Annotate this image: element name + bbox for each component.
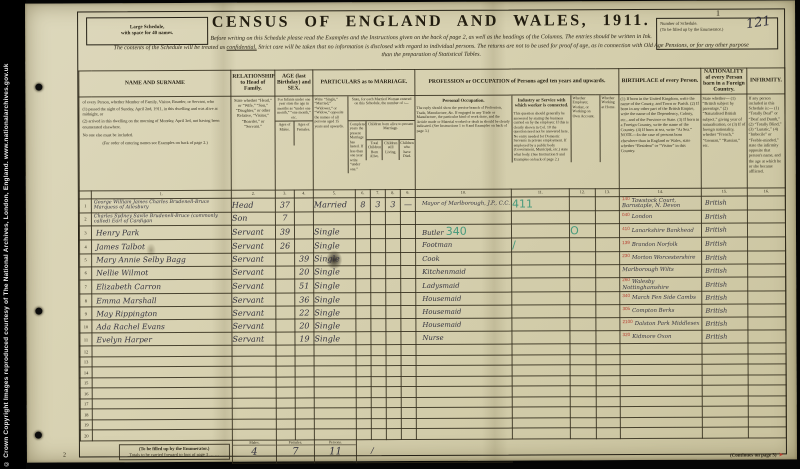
- cell-children-born: [371, 266, 386, 279]
- cell-children-died: [401, 418, 416, 429]
- green-annotation: O: [570, 224, 579, 237]
- cell-marriage: [314, 355, 356, 366]
- cell-industry: [512, 305, 570, 318]
- row-number: 1: [79, 198, 91, 212]
- cell-employer-worker: [569, 196, 595, 210]
- cell-age-female: 19: [295, 332, 314, 345]
- continues-note: (Continues on page 3)➤: [512, 438, 786, 462]
- cell-marriage: Married: [313, 197, 355, 212]
- cell-children-living: [386, 306, 401, 319]
- cell-relationship: [232, 398, 276, 409]
- cell-children-living: [386, 397, 401, 408]
- row-number: 16: [80, 388, 92, 399]
- cell-at-home: [596, 223, 620, 237]
- row-number: 2: [79, 213, 91, 226]
- cell-industry: 411: [511, 196, 569, 211]
- cell-years-married: [356, 387, 371, 398]
- cell-employer-worker: [570, 428, 596, 439]
- cell-occupation: Ladysmaid: [416, 278, 512, 293]
- cell-birthplace: [620, 406, 702, 417]
- column-number: 16.: [747, 187, 785, 195]
- cell-occupation: Housemaid: [416, 318, 512, 331]
- census-table: NAME AND SURNAME RELATIONSHIP to Head of…: [78, 67, 787, 464]
- red-code-annotation: 320: [623, 332, 631, 337]
- cell-birthplace: 2100Dalston Park Middlesex: [620, 317, 702, 330]
- cell-name: Evelyn Harper: [92, 333, 232, 347]
- cell-children-living: [386, 376, 401, 387]
- red-code-annotation: 2100: [622, 319, 632, 324]
- cell-relationship: [232, 377, 276, 388]
- enumerator-tick: ∕: [356, 439, 512, 463]
- cell-age-female: [295, 429, 314, 440]
- cell-industry: [512, 344, 570, 355]
- relationship-column-notes: State whether “Head,” or “Wife,” “Son,” …: [231, 96, 275, 190]
- cell-occupation: [416, 344, 512, 355]
- cell-children-born: [371, 376, 386, 387]
- header-row: NAME AND SURNAME RELATIONSHIP to Head of…: [79, 68, 785, 97]
- cell-relationship: Servant: [232, 306, 276, 319]
- cell-at-home: [596, 305, 620, 318]
- cell-occupation: [416, 376, 512, 387]
- col-header-nationality: NATIONALITY of every Person born in a Fo…: [701, 68, 747, 94]
- cell-nationality: British: [702, 330, 748, 343]
- cell-birthplace: Marlborough Wilts: [620, 264, 702, 277]
- cell-children-died: [401, 319, 416, 332]
- cell-children-born: [370, 212, 385, 225]
- cell-marriage: Single: [314, 293, 356, 306]
- cell-children-died: [400, 211, 415, 224]
- cell-age-female: [295, 366, 314, 377]
- column-number: 4.: [294, 189, 313, 197]
- cell-name: Nellie Wilmot: [92, 266, 232, 280]
- cell-relationship: Servant: [232, 279, 276, 294]
- birthplace-column-notes: (1) If born in the United Kingdom, write…: [619, 94, 701, 188]
- cell-occupation: Housemaid: [416, 292, 512, 305]
- cell-marriage: Single: [314, 225, 356, 239]
- cell-children-born: [371, 239, 386, 253]
- col-header-marriage: PARTICULARS as to MARRIAGE.: [313, 69, 415, 95]
- cell-age-female: 22: [295, 306, 314, 319]
- cell-children-died: [401, 306, 416, 319]
- cell-children-living: [386, 278, 401, 292]
- cell-industry: [512, 278, 570, 293]
- page-fold-mark: 2: [63, 453, 66, 459]
- cell-children-born: 3: [370, 197, 385, 211]
- cell-industry: [512, 292, 570, 305]
- cell-years-married: [356, 345, 371, 356]
- cell-nationality: [702, 364, 748, 375]
- cell-children-living: 3: [385, 197, 400, 211]
- nationality-column-notes: State whether— (1) “British subject by p…: [701, 94, 747, 188]
- cell-employer-worker: [570, 318, 596, 331]
- row-number: 11: [80, 333, 92, 346]
- cell-years-married: [356, 319, 371, 332]
- cell-nationality: British: [702, 317, 748, 330]
- cell-years-married: [356, 429, 371, 440]
- cell-name: Mary Annie Selby Bagg: [92, 253, 232, 267]
- cell-birthplace: 340March Fen Side Cambs: [620, 291, 702, 304]
- punch-hole: [35, 308, 42, 315]
- cell-infirmity: [748, 251, 786, 264]
- cell-occupation: [416, 365, 512, 376]
- cell-children-living: [386, 355, 401, 366]
- cell-age-male: [276, 345, 295, 356]
- cell-at-home: [596, 237, 620, 251]
- cell-employer-worker: [570, 278, 596, 292]
- cell-children-living: [386, 429, 401, 440]
- cell-nationality: British: [702, 251, 748, 264]
- cell-marriage: Single: [314, 253, 356, 266]
- cell-occupation: Nurse: [416, 331, 512, 344]
- column-number: 15.: [701, 188, 747, 196]
- cell-children-died: [401, 278, 416, 292]
- cell-age-female: 20: [295, 319, 314, 332]
- red-code-annotation: 340: [622, 293, 630, 298]
- cell-relationship: Servant: [232, 266, 276, 279]
- cell-birthplace: 260Walesby Nottinghamshire: [620, 277, 702, 292]
- cell-industry: [512, 365, 570, 376]
- cell-nationality: British: [702, 277, 748, 292]
- cell-industry: [512, 397, 570, 408]
- cell-employer-worker: [570, 238, 596, 252]
- cell-age-male: 26: [276, 239, 295, 253]
- cell-employer-worker: [569, 211, 595, 224]
- cell-infirmity: [748, 210, 786, 223]
- cell-age-female: 51: [295, 279, 314, 293]
- cell-years-married: [356, 266, 371, 279]
- cell-birthplace: [620, 354, 702, 365]
- column-number: 13.: [595, 188, 619, 196]
- occupation-column-notes: Personal Occupation. The reply should sh…: [415, 94, 619, 189]
- cell-age-female: [294, 225, 313, 239]
- cell-age-female: [295, 419, 314, 430]
- cell-industry: [512, 428, 570, 439]
- cell-occupation: [416, 407, 512, 418]
- cell-name: [92, 430, 232, 441]
- column-number: 6.: [355, 189, 370, 197]
- red-code-annotation: 410: [622, 226, 630, 231]
- cell-birthplace: [620, 385, 702, 396]
- cell-birthplace: [620, 375, 702, 386]
- cell-name: James Talbot: [92, 239, 232, 254]
- cell-children-living: [386, 418, 401, 429]
- cell-nationality: [702, 406, 748, 417]
- cell-marriage: [314, 345, 356, 356]
- cell-relationship: Servant: [231, 225, 275, 239]
- copyright-notice: © Crown Copyright Images reproduced cour…: [3, 2, 10, 467]
- cell-marriage: [314, 366, 356, 377]
- column-number: 8.: [385, 189, 400, 197]
- total-females: Females. 7: [276, 440, 314, 463]
- masthead: CENSUS OF ENGLAND AND WALES, 1911. Large…: [78, 9, 784, 70]
- cell-children-died: [401, 387, 416, 398]
- cell-name: May Rippington: [92, 307, 232, 321]
- cell-industry: [512, 224, 570, 238]
- cell-infirmity: [748, 354, 786, 365]
- column-number: 3.: [275, 190, 294, 198]
- ages-females-label: Ages of Females.: [294, 122, 313, 146]
- cell-age-male: 39: [275, 225, 294, 239]
- cell-marriage: Single: [314, 306, 356, 319]
- cell-infirmity: [748, 237, 786, 251]
- cell-at-home: [596, 386, 620, 397]
- cell-children-living: [386, 265, 401, 278]
- cell-children-died: —: [400, 197, 415, 211]
- cell-infirmity: [748, 291, 786, 304]
- cell-age-male: [276, 377, 295, 388]
- cell-nationality: [702, 375, 748, 386]
- cell-industry: [512, 407, 570, 418]
- cell-years-married: [356, 279, 371, 293]
- column-number: 12.: [569, 188, 595, 196]
- col-header-infirmity: INFIRMITY.: [747, 68, 785, 94]
- cell-infirmity: [748, 417, 786, 428]
- total-males: Males. 4: [232, 440, 276, 463]
- cell-nationality: [702, 427, 748, 438]
- children-died-label: Children who have Died.: [398, 140, 414, 160]
- cell-children-born: [371, 355, 386, 366]
- cell-infirmity: [748, 277, 786, 292]
- totals-row: (To be filled up by the Enumerator.)Tota…: [80, 438, 786, 464]
- cell-occupation: Housemaid: [416, 305, 512, 318]
- cell-infirmity: [748, 223, 786, 237]
- cell-infirmity: [748, 317, 786, 330]
- cell-years-married: [356, 376, 371, 387]
- cell-occupation: Cook: [416, 252, 512, 265]
- col-header-age: AGE (last Birthday) and SEX.: [275, 70, 313, 96]
- children-note: Children born alive to present Marriage.: [367, 121, 415, 140]
- cell-age-female: [294, 197, 313, 211]
- row-number: 12: [80, 346, 92, 357]
- cell-age-male: [276, 408, 295, 419]
- cell-birthplace: 040London: [620, 210, 702, 223]
- cell-age-male: [276, 366, 295, 377]
- cell-employer-worker: [570, 396, 596, 407]
- cell-children-born: [371, 345, 386, 356]
- cell-nationality: [702, 417, 748, 428]
- cell-relationship: Servant: [232, 239, 276, 253]
- cell-children-living: [386, 224, 401, 238]
- cell-children-died: [401, 355, 416, 366]
- cell-children-living: [386, 387, 401, 398]
- red-code-annotation: 260: [622, 277, 630, 282]
- cell-age-female: [295, 345, 314, 356]
- cell-children-died: [401, 293, 416, 306]
- cell-age-female: 39: [295, 253, 314, 266]
- cell-children-born: [371, 279, 386, 293]
- cell-industry: [512, 376, 570, 387]
- cell-age-male: [276, 332, 295, 345]
- cell-birthplace: 140Tawstock Court, Barnstaple, N. Devon: [619, 196, 701, 211]
- cell-industry: [512, 265, 570, 278]
- cell-age-male: [276, 429, 295, 440]
- cell-occupation: [415, 211, 511, 224]
- cell-at-home: [596, 354, 620, 365]
- cell-nationality: [702, 343, 748, 354]
- cell-children-died: [401, 265, 416, 278]
- green-annotation: 340: [446, 225, 467, 238]
- cell-marriage: [314, 376, 356, 387]
- cell-industry: [512, 252, 570, 265]
- cell-marriage: [314, 429, 356, 440]
- cell-infirmity: [748, 396, 786, 407]
- cell-employer-worker: [570, 252, 596, 265]
- cell-industry: [512, 386, 570, 397]
- col-header-name: NAME AND SURNAME: [79, 70, 231, 96]
- cell-industry: [511, 211, 569, 224]
- married-woman-note: State, for each Married Woman entered on…: [349, 96, 415, 121]
- cell-name: [92, 356, 232, 367]
- cell-name: [92, 409, 232, 420]
- cell-nationality: [702, 396, 748, 407]
- cell-infirmity: [748, 343, 786, 354]
- col-header-occupation: PROFESSION or OCCUPATION of Persons aged…: [415, 69, 619, 95]
- row-number: 10: [80, 320, 92, 333]
- cell-marriage: Single: [314, 239, 356, 253]
- cell-employer-worker: [570, 292, 596, 305]
- cell-infirmity: [748, 427, 786, 438]
- cell-at-home: [596, 277, 620, 291]
- cell-at-home: [596, 375, 620, 386]
- row-number: 5: [80, 254, 92, 267]
- row-number: 14: [80, 367, 92, 378]
- col-header-birthplace: BIRTHPLACE of every Person.: [619, 68, 701, 94]
- scanner-margin: © Crown Copyright Images reproduced cour…: [0, 0, 26, 469]
- cell-at-home: [595, 210, 619, 223]
- cell-age-male: [276, 253, 295, 266]
- cell-years-married: [356, 225, 371, 239]
- row-number: 7: [80, 280, 92, 294]
- cell-occupation: [416, 397, 512, 408]
- red-arrow-icon: ➤: [779, 452, 784, 459]
- cell-occupation: Mayor of Marlborough, J.P., C.C.: [415, 197, 511, 212]
- cell-birthplace: [620, 396, 702, 407]
- cell-children-born: [371, 293, 386, 306]
- cell-age-female: 20: [295, 266, 314, 279]
- cell-at-home: [596, 292, 620, 305]
- cell-at-home: [596, 417, 620, 428]
- row-number: 19: [80, 420, 92, 431]
- cell-name: [92, 419, 232, 430]
- marriage-status-note: Write “Single,” “Married,” “Widower,” or…: [313, 96, 347, 173]
- cell-age-male: 7: [275, 212, 294, 225]
- cell-industry: [512, 418, 570, 429]
- cell-occupation: [416, 386, 512, 397]
- cell-birthplace: [620, 417, 702, 428]
- ages-males-label: Ages of Males.: [276, 122, 294, 146]
- cell-name: [92, 377, 232, 388]
- cell-name: Charles Sydney Savile Brudenell-Bruce (c…: [91, 212, 231, 226]
- cell-relationship: [232, 387, 276, 398]
- age-column-notes: For Infants under one year state the age…: [275, 95, 313, 189]
- cell-children-died: [401, 252, 416, 265]
- cell-infirmity: [748, 375, 786, 386]
- cell-marriage: Single: [314, 266, 356, 279]
- instruction-line-3: than the preparation of Statistical Tabl…: [78, 50, 784, 59]
- children-born-label: Total Children Born Alive.: [367, 140, 382, 160]
- cell-occupation: [416, 428, 512, 439]
- row-number: 17: [80, 399, 92, 410]
- cell-children-died: [401, 366, 416, 377]
- employer-worker-label: Whether Employer, Worker, or Working on …: [570, 95, 599, 163]
- cell-name: [92, 388, 232, 399]
- punch-hole: [35, 432, 42, 439]
- cell-years-married: [356, 239, 371, 253]
- cell-children-born: [371, 332, 386, 345]
- cell-children-born: [371, 397, 386, 408]
- row-number: 15: [80, 378, 92, 389]
- industry-label: Industry or Service with which worker is…: [512, 95, 570, 111]
- cell-years-married: [356, 332, 371, 345]
- cell-marriage: [314, 387, 356, 398]
- cell-marriage: Single: [314, 332, 356, 345]
- cell-children-died: [401, 408, 416, 419]
- row-number: 13: [80, 357, 92, 368]
- cell-age-male: [276, 319, 295, 332]
- cell-employer-worker: [570, 407, 596, 418]
- cell-age-female: [294, 212, 313, 225]
- cell-name: George William James Charles Brudenell-B…: [91, 198, 231, 213]
- cell-age-male: [276, 279, 295, 293]
- row-number: 20: [80, 430, 92, 441]
- cell-children-living: [386, 345, 401, 356]
- cell-age-female: [295, 356, 314, 367]
- cell-infirmity: [748, 406, 786, 417]
- cell-age-female: 36: [295, 293, 314, 306]
- cell-children-born: [371, 418, 386, 429]
- cell-employer-worker: [570, 354, 596, 365]
- cell-at-home: [596, 251, 620, 264]
- cell-marriage: Single: [314, 279, 356, 294]
- cell-birthplace: [620, 343, 702, 354]
- screenshot-root: { "copyright": "© Crown Copyright Images…: [0, 0, 800, 469]
- cell-age-male: [276, 398, 295, 409]
- cell-at-home: [595, 196, 619, 210]
- cell-name: Ada Rachel Evans: [92, 320, 232, 334]
- cell-age-male: [276, 266, 295, 279]
- infirmity-column-notes: If any person included in this Schedule …: [747, 93, 785, 187]
- cell-relationship: Head: [231, 198, 275, 213]
- cell-infirmity: [748, 385, 786, 396]
- red-code-annotation: 140: [622, 196, 630, 201]
- cell-relationship: [232, 429, 276, 440]
- cell-nationality: British: [702, 210, 748, 223]
- cell-name: [92, 398, 232, 409]
- cell-age-male: 37: [275, 198, 294, 212]
- cell-industry: [512, 355, 570, 366]
- col-header-relationship: RELATIONSHIP to Head of Family.: [231, 70, 275, 96]
- cell-children-died: [401, 376, 416, 387]
- cell-children-born: [371, 387, 386, 398]
- cell-nationality: British: [702, 291, 748, 304]
- cell-nationality: British: [702, 223, 748, 237]
- cell-relationship: [232, 366, 276, 377]
- total-persons: Persons. 11: [314, 439, 356, 462]
- cell-at-home: [596, 407, 620, 418]
- cell-years-married: [356, 408, 371, 419]
- cell-children-born: [371, 253, 386, 266]
- cell-employer-worker: [570, 386, 596, 397]
- form-frame: CENSUS OF ENGLAND AND WALES, 1911. Large…: [77, 8, 787, 457]
- red-code-annotation: 305: [622, 306, 630, 311]
- cell-children-living: [386, 319, 401, 332]
- red-code-annotation: 040: [622, 212, 630, 217]
- cell-relationship: [232, 356, 276, 367]
- cell-relationship: Servant: [232, 332, 276, 345]
- cell-industry: [512, 318, 570, 331]
- cell-birthplace: 230Morton Worcestershire: [620, 251, 702, 264]
- cell-children-born: [371, 319, 386, 332]
